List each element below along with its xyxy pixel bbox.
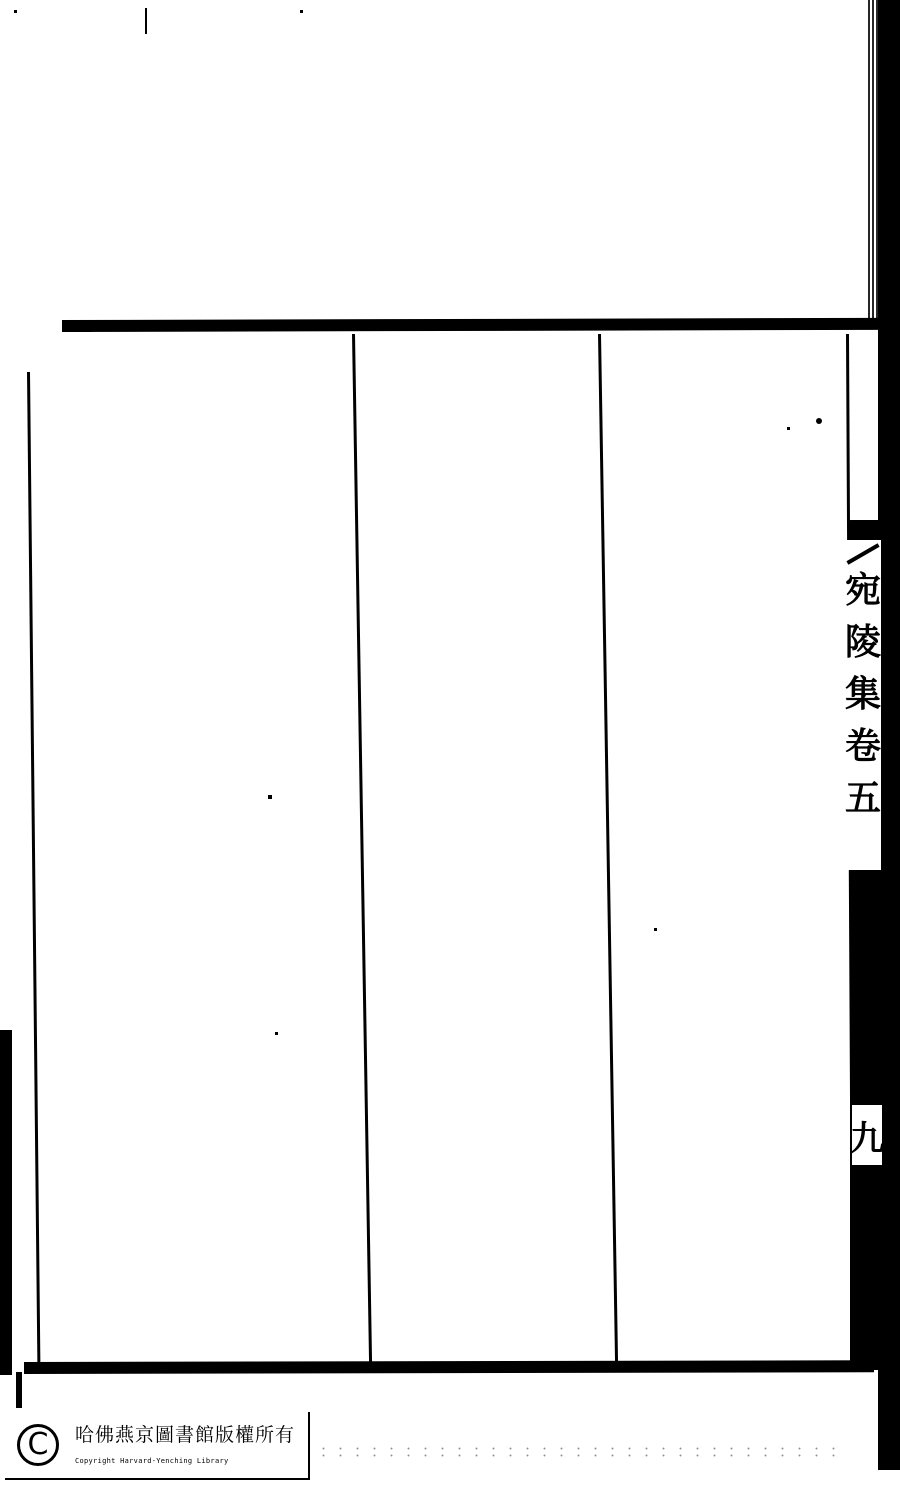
scanned-page: 宛 陵 集 卷 五 九 C 哈佛燕京圖書館版權所有 Copyright Harv… [0,0,900,1485]
scan-speck [14,10,17,13]
scan-speck [816,418,822,424]
page-number-box: 九 [852,1105,882,1165]
binding-edge-texture [868,0,878,320]
margin-title: 宛 陵 集 卷 五 [845,540,881,870]
margin-title-char: 陵 [845,616,881,668]
column-rule [598,334,618,1366]
scan-speck [268,795,272,799]
copyright-stamp: C 哈佛燕京圖書館版權所有 Copyright Harvard-Yenching… [5,1412,310,1480]
frame-left-border [27,372,40,1372]
copyright-chinese: 哈佛燕京圖書館版權所有 [75,1420,295,1447]
copyright-english: Copyright Harvard-Yenching Library [75,1457,229,1465]
column-rule [352,334,372,1366]
page-number: 九 [850,1111,884,1160]
left-edge-strip [0,1030,12,1375]
margin-title-char: 宛 [845,564,881,616]
margin-title-char: 五 [845,772,881,824]
scan-speck [145,8,147,34]
frame-top-border [62,318,878,332]
fishtail-mark [846,543,879,564]
scan-speck [300,10,303,13]
scan-speck [275,1032,278,1035]
left-edge-tick [16,1372,22,1408]
margin-title-char: 卷 [845,720,881,772]
scan-noise [315,1445,845,1459]
scan-speck [787,427,790,430]
frame-bottom-border [24,1360,874,1374]
scan-speck [62,328,92,332]
margin-title-char: 集 [845,668,881,720]
copyright-icon: C [17,1424,59,1466]
scan-speck [654,928,657,931]
